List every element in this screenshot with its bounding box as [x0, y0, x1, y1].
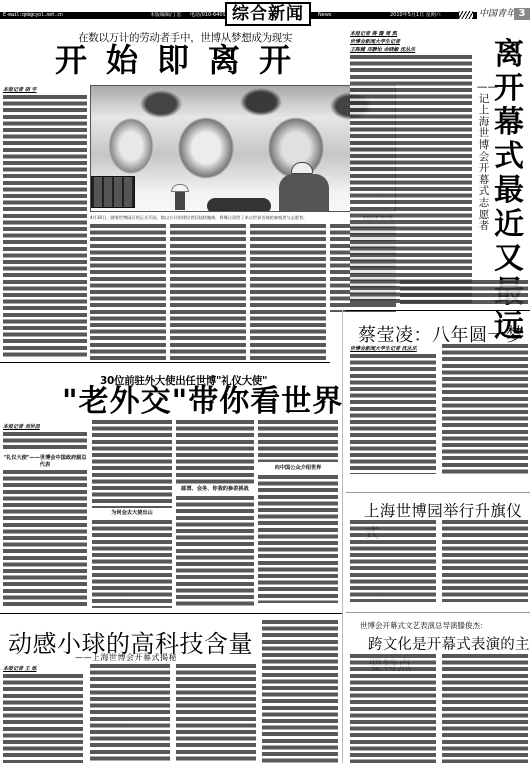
lead-headline: 开始即离开 — [55, 42, 310, 78]
flag-body-col-1 — [350, 520, 436, 602]
diplomat-subhead-2: 为何会去大使出山 — [92, 510, 172, 517]
ball-body-col-4 — [262, 620, 338, 763]
diplomat-body-5 — [176, 420, 254, 484]
section-en-label: News — [318, 12, 332, 19]
ball-subtitle: ——上海世博会开幕式揭秘 — [75, 652, 177, 663]
divider — [346, 492, 530, 493]
lead-body-col-1 — [3, 95, 87, 357]
ball-body-col-2 — [90, 664, 170, 763]
cai-body-col-1 — [350, 354, 436, 474]
section-title: 综合新闻 — [225, 2, 311, 26]
page-number: 3 — [514, 8, 530, 20]
divider — [346, 612, 530, 613]
column-divider — [342, 310, 343, 763]
right-body-tail — [400, 280, 528, 304]
diplomat-headline: "老外交"带你看世界 — [62, 385, 343, 419]
divider — [0, 362, 330, 363]
diplomat-subhead-3: 邮票、会务、你我的参差挑战 — [176, 486, 254, 493]
right-byline-1: 本报记者 蒋 璇 周 凯 — [350, 30, 397, 38]
art-body-col-2 — [442, 654, 528, 763]
masthead-email: E-mail:qnb@cyol.net.cn — [3, 12, 63, 19]
lead-body-col-4 — [250, 224, 326, 360]
photo-umbrella — [171, 184, 189, 192]
diplomat-byline: 本报记者 刘世昌 — [3, 423, 40, 431]
masthead-date: 2010年5月1日 星期六 — [390, 12, 441, 19]
art-kicker: 世博会开幕式文艺表演总导演滕俊杰： — [360, 620, 488, 631]
photo-caption: 4月30日，随着世博园区的正式开园，数以万计的建设者们陆续撤离，将舞台留给了来自… — [90, 215, 390, 221]
ball-byline: 本报记者 王 烁 — [3, 665, 36, 673]
flag-body-col-2 — [442, 520, 528, 602]
photo-helmet — [291, 162, 313, 174]
right-byline-3: 王陈健 邓静怡 余晓敏 沈丛乐 — [350, 46, 415, 54]
diplomat-body-8 — [258, 475, 338, 603]
lead-body-col-2 — [90, 224, 166, 360]
cai-byline: 世博会新闻大学生记者 沈丛乐 — [350, 345, 417, 353]
diplomat-body-7 — [258, 420, 338, 462]
diplomat-body-2 — [3, 470, 87, 608]
masthead-editor: 本版编辑/丁宏 — [150, 12, 182, 19]
art-body-col-1 — [350, 654, 436, 763]
right-vertical-subtitle: ——记上海世博会开幕式志愿者 — [477, 82, 491, 233]
diplomat-subhead-4: 向中国公众介绍世界 — [258, 465, 338, 472]
ball-body-col-3 — [176, 664, 256, 763]
photo-gate — [91, 176, 135, 208]
hatch-decoration-icon — [459, 11, 473, 19]
diplomat-subhead-1: "礼仪大使"——世博会中国政府副总代表 — [3, 455, 87, 469]
diplomat-body-4 — [92, 520, 172, 608]
right-byline-2: 世博会新闻大学生记者 — [350, 38, 400, 46]
cai-body-col-2 — [442, 344, 528, 474]
ball-body-col-1 — [3, 674, 83, 763]
diplomat-body-3 — [92, 420, 172, 508]
divider — [0, 613, 342, 614]
photo-worker-resting — [207, 198, 271, 212]
photo-worker — [279, 174, 329, 212]
diplomat-body-6 — [176, 496, 254, 608]
lead-byline: 本报记者 胡 宇 — [3, 86, 36, 94]
divider — [346, 310, 530, 311]
photo-person — [175, 192, 185, 210]
diplomat-body-1 — [3, 432, 87, 452]
right-body-col — [350, 55, 472, 303]
lead-body-col-3 — [170, 224, 246, 360]
